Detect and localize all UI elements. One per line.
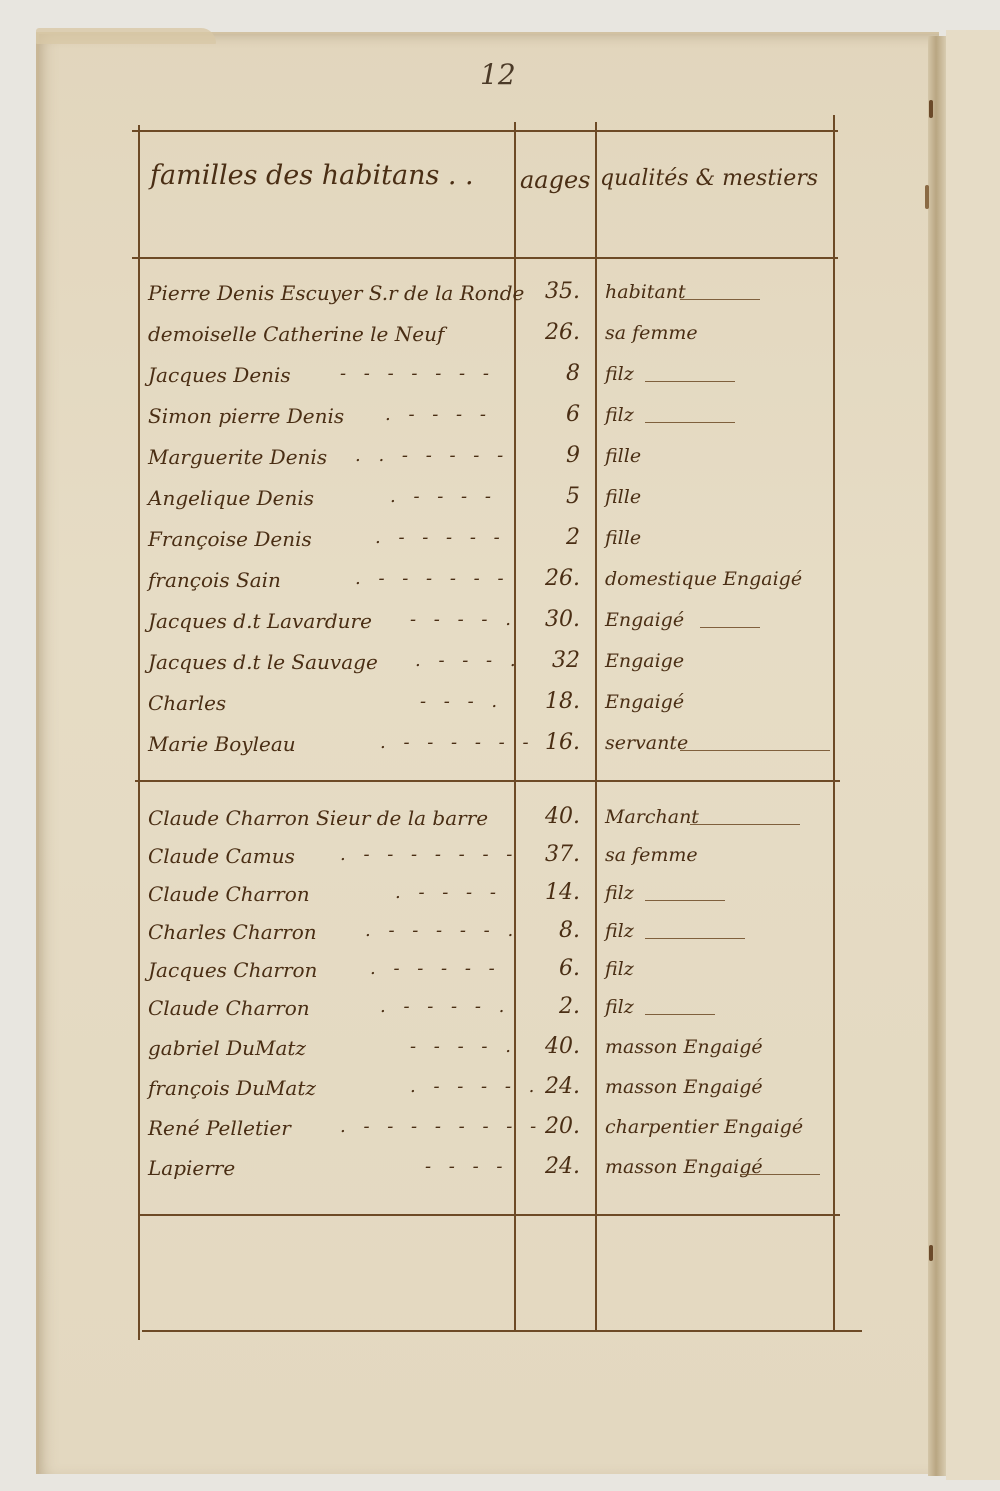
table-row: Pierre Denis Escuyer S.r de la Ronde 35.… xyxy=(140,275,840,315)
leader-dots: - - - - . xyxy=(410,609,517,630)
name-cell: Claude Camus xyxy=(148,844,295,868)
name-cell: Angelique Denis xyxy=(148,486,314,510)
age-cell: 40. xyxy=(525,804,580,829)
name-cell: Françoise Denis xyxy=(148,527,312,551)
table-row: Lapierre - - - - 24. masson Engaigé xyxy=(140,1150,840,1190)
age-cell: 5 xyxy=(525,484,580,509)
leader-dots: . - - - - xyxy=(395,882,502,903)
occupation-cell: filz xyxy=(605,882,634,904)
occupation-cell: filz xyxy=(605,404,634,426)
age-cell: 35. xyxy=(525,279,580,304)
header-qualities: qualités & mestiers xyxy=(600,166,818,191)
table-row: Marguerite Denis . . - - - - - 9 fille xyxy=(140,439,840,479)
leader-dots: . - - - - - xyxy=(375,527,506,548)
page-number: 12 xyxy=(480,58,516,91)
table-top-rule xyxy=(132,130,838,132)
age-cell: 32 xyxy=(525,648,580,673)
leader-dots: . - - - - - . xyxy=(365,920,519,941)
name-cell: Marie Boyleau xyxy=(148,732,296,756)
table-row: gabriel DuMatz - - - - . 40. masson Enga… xyxy=(140,1030,840,1070)
occupation-cell: filz xyxy=(605,920,634,942)
leader-dots: . - - - - - - xyxy=(380,732,535,753)
age-cell: 16. xyxy=(525,730,580,755)
leader-dots: . - - - - xyxy=(385,404,492,425)
age-cell: 18. xyxy=(525,689,580,714)
occupation-cell: servante xyxy=(605,732,688,754)
leader-dots: - - - - . xyxy=(410,1036,517,1057)
leader-dots: . . - - - - - xyxy=(355,445,509,466)
name-cell: Claude Charron xyxy=(148,996,310,1020)
occupation-cell: filz xyxy=(605,996,634,1018)
table-row: françois DuMatz . - - - - . 24. masson E… xyxy=(140,1070,840,1110)
table-row: demoiselle Catherine le Neuf 26. sa femm… xyxy=(140,316,840,356)
occupation-cell: masson Engaigé xyxy=(605,1156,763,1178)
pen-flourish xyxy=(680,750,830,751)
leader-dots: . - - - - - - - - xyxy=(340,1116,542,1137)
pen-flourish xyxy=(645,1014,715,1015)
name-cell: demoiselle Catherine le Neuf xyxy=(148,322,444,346)
pen-flourish xyxy=(740,1174,820,1175)
occupation-cell: domestique Engaigé xyxy=(605,568,802,590)
torn-corner xyxy=(36,28,216,44)
occupation-cell: filz xyxy=(605,958,634,980)
table-row: Jacques d.t Lavardure - - - - . 30. Enga… xyxy=(140,603,840,643)
pen-flourish xyxy=(645,900,725,901)
facing-page-edge xyxy=(946,30,1000,1480)
age-cell: 40. xyxy=(525,1034,580,1059)
name-cell: Pierre Denis Escuyer S.r de la Ronde xyxy=(148,281,524,305)
occupation-cell: Engaigé xyxy=(605,609,684,631)
name-cell: Charles Charron xyxy=(148,920,317,944)
table-row: Claude Charron Sieur de la barre 40. Mar… xyxy=(140,800,840,840)
table-row: Angelique Denis . - - - - 5 fille xyxy=(140,480,840,520)
header-ages: aages xyxy=(520,166,591,194)
leader-dots: . - - - - . xyxy=(410,1076,540,1097)
leader-dots: . - - - - - - - xyxy=(340,844,518,865)
table-row: Jacques d.t le Sauvage . - - - . 32 Enga… xyxy=(140,644,840,684)
table-row: Charles - - - . 18. Engaigé xyxy=(140,685,840,725)
table-row: Simon pierre Denis . - - - - 6 filz xyxy=(140,398,840,438)
table-row: Claude Charron . - - - - . 2. filz xyxy=(140,990,840,1030)
table-row: René Pelletier . - - - - - - - - 20. cha… xyxy=(140,1110,840,1150)
name-cell: gabriel DuMatz xyxy=(148,1036,306,1060)
age-cell: 8. xyxy=(525,918,580,943)
name-cell: Jacques d.t le Sauvage xyxy=(148,650,378,674)
name-cell: françois DuMatz xyxy=(148,1076,316,1100)
name-cell: Jacques Charron xyxy=(148,958,317,982)
pen-flourish xyxy=(700,627,760,628)
table-row: françois Sain . - - - - - - 26. domestiq… xyxy=(140,562,840,602)
leader-dots: . - - - . xyxy=(415,650,522,671)
empty-table-row xyxy=(140,1230,840,1320)
name-cell: Jacques d.t Lavardure xyxy=(148,609,372,633)
table-row: Françoise Denis . - - - - - 2 fille xyxy=(140,521,840,561)
pen-flourish xyxy=(645,422,735,423)
name-cell: Jacques Denis xyxy=(148,363,291,387)
leader-dots: . - - - - . xyxy=(380,996,510,1017)
occupation-cell: fille xyxy=(605,527,641,549)
table-row: Jacques Charron . - - - - - 6. filz xyxy=(140,952,840,992)
pen-flourish xyxy=(690,824,800,825)
age-cell: 26. xyxy=(525,566,580,591)
occupation-cell: charpentier Engaigé xyxy=(605,1116,803,1138)
leader-dots: . - - - - xyxy=(390,486,497,507)
household-separator-rule xyxy=(135,780,840,782)
leader-dots: - - - - - - - xyxy=(340,363,495,384)
binding-stitch xyxy=(929,1245,933,1261)
occupation-cell: fille xyxy=(605,445,641,467)
age-cell: 24. xyxy=(525,1154,580,1179)
name-cell: françois Sain xyxy=(148,568,281,592)
age-cell: 6 xyxy=(525,402,580,427)
table-rule-lower xyxy=(140,1214,840,1216)
pen-flourish xyxy=(645,938,745,939)
leader-dots: . - - - - - - xyxy=(355,568,510,589)
pen-flourish xyxy=(645,381,735,382)
leader-dots: - - - . xyxy=(420,691,503,712)
name-cell: Charles xyxy=(148,691,226,715)
occupation-cell: filz xyxy=(605,363,634,385)
age-cell: 6. xyxy=(525,956,580,981)
table-row: Charles Charron . - - - - - . 8. filz xyxy=(140,914,840,954)
binding-stitch xyxy=(929,100,933,118)
occupation-cell: Marchant xyxy=(605,806,699,828)
age-cell: 20. xyxy=(525,1114,580,1139)
occupation-cell: masson Engaigé xyxy=(605,1076,763,1098)
table-row: Claude Camus . - - - - - - - 37. sa femm… xyxy=(140,838,840,878)
name-cell: Lapierre xyxy=(148,1156,235,1180)
binding-hole xyxy=(925,185,929,209)
name-cell: Simon pierre Denis xyxy=(148,404,344,428)
age-cell: 37. xyxy=(525,842,580,867)
occupation-cell: sa femme xyxy=(605,322,698,344)
age-cell: 14. xyxy=(525,880,580,905)
name-cell: René Pelletier xyxy=(148,1116,291,1140)
occupation-cell: Engaigé xyxy=(605,691,684,713)
header-bottom-rule xyxy=(132,257,838,259)
table-row: Claude Charron . - - - - 14. filz xyxy=(140,876,840,916)
age-cell: 2 xyxy=(525,525,580,550)
occupation-cell: sa femme xyxy=(605,844,698,866)
occupation-cell: habitant xyxy=(605,281,686,303)
name-cell: Marguerite Denis xyxy=(148,445,327,469)
leader-dots: . - - - - - xyxy=(370,958,501,979)
header-families: familles des habitans . . xyxy=(150,160,474,191)
occupation-cell: masson Engaigé xyxy=(605,1036,763,1058)
occupation-cell: fille xyxy=(605,486,641,508)
table-row: Marie Boyleau . - - - - - - 16. servante xyxy=(140,726,840,766)
occupation-cell: Engaige xyxy=(605,650,684,672)
age-cell: 8 xyxy=(525,361,580,386)
table-row: Jacques Denis - - - - - - - 8 filz xyxy=(140,357,840,397)
age-cell: 24. xyxy=(525,1074,580,1099)
name-cell: Claude Charron Sieur de la barre xyxy=(148,806,488,830)
age-cell: 9 xyxy=(525,443,580,468)
age-cell: 2. xyxy=(525,994,580,1019)
name-cell: Claude Charron xyxy=(148,882,310,906)
pen-flourish xyxy=(680,299,760,300)
age-cell: 26. xyxy=(525,320,580,345)
age-cell: 30. xyxy=(525,607,580,632)
leader-dots: - - - - xyxy=(425,1156,509,1177)
table-bottom-rule xyxy=(142,1330,862,1332)
